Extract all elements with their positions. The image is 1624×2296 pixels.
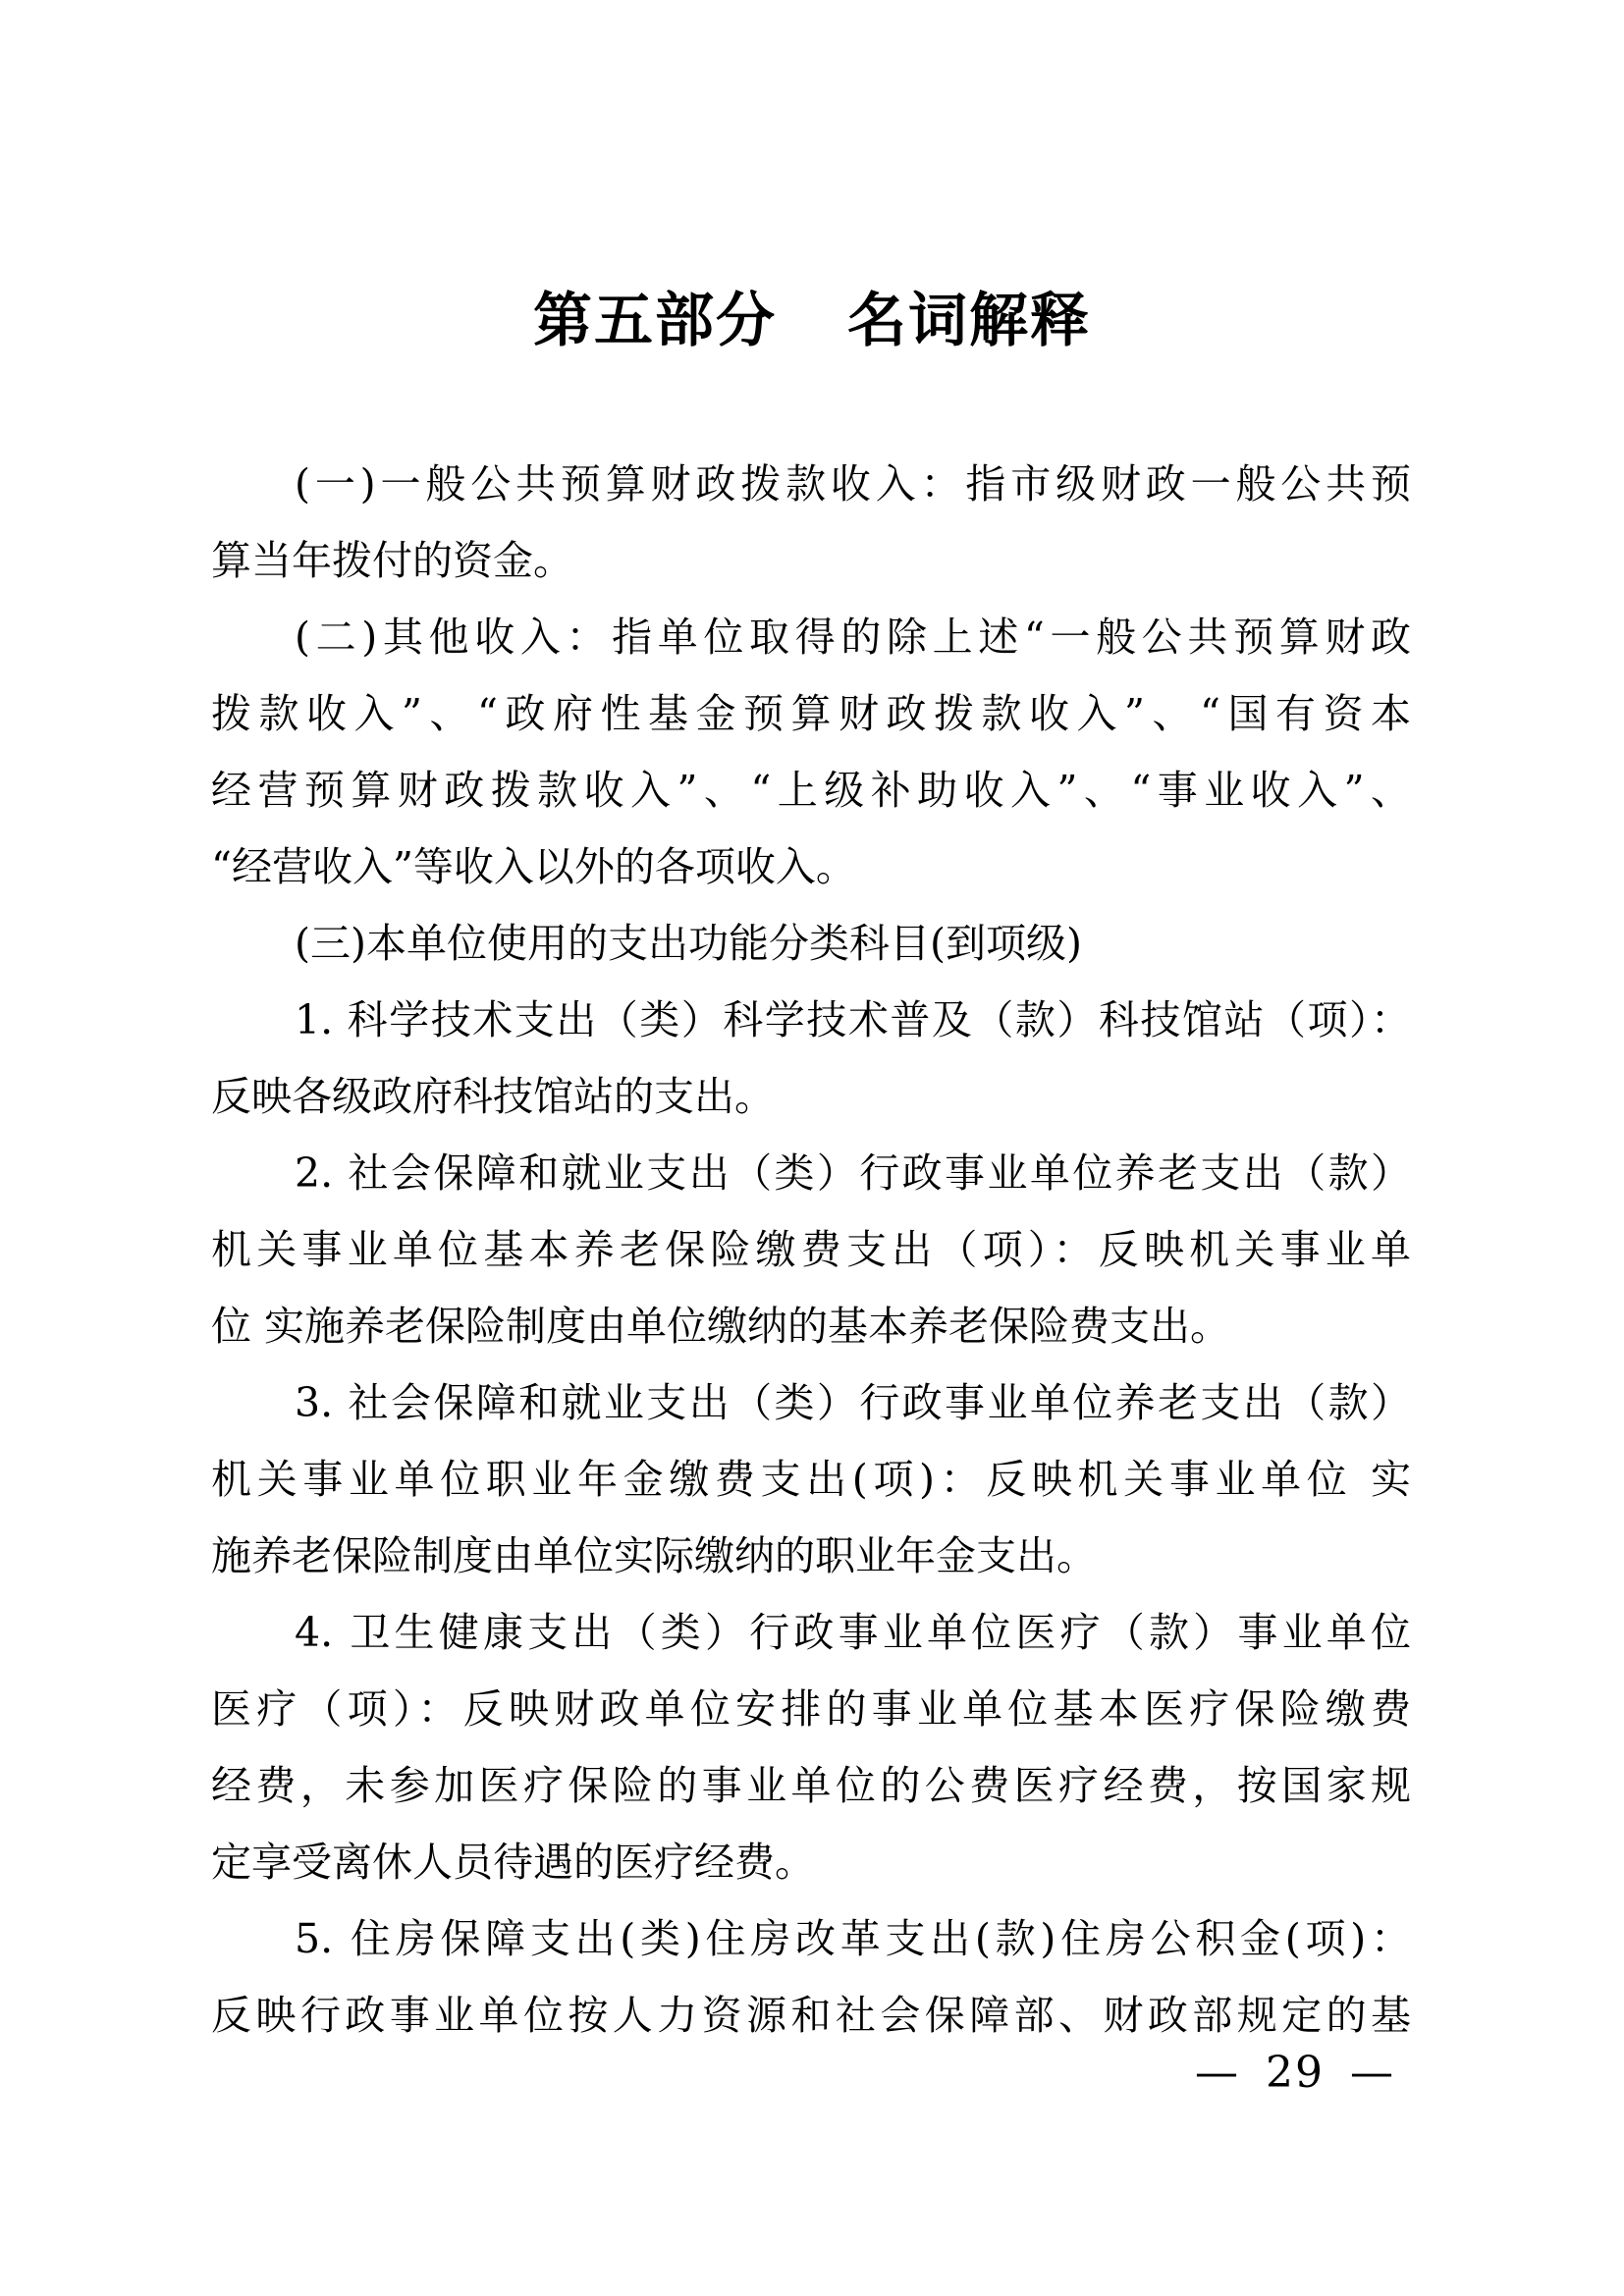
body-line: (二)其他收入：指单位取得的除上述“一般公共预算财政 [211,599,1411,675]
page-title-part1: 第五部分 [533,287,777,355]
body-line: 反映各级政府科技馆站的支出。 [211,1058,1411,1135]
page-title: 第五部分名词解释 [0,283,1624,359]
body-line: 经费，未参加医疗保险的事业单位的公费医疗经费，按国家规 [211,1747,1411,1824]
page-number-footer: — 29 — [211,2035,1411,2111]
body-line: 机关事业单位基本养老保险缴费支出（项）：反映机关事业单 [211,1211,1411,1288]
body-line: 机关事业单位职业年金缴费支出(项)：反映机关事业单位 实 [211,1441,1411,1518]
body-line: 定享受离休人员待遇的医疗经费。 [211,1824,1411,1900]
body-line: 拨款收入”、“政府性基金预算财政拨款收入”、“国有资本 [211,675,1411,752]
page-title-part2: 名词解释 [847,283,1091,359]
body-line: 4. 卫生健康支出（类）行政事业单位医疗（款）事业单位 [211,1594,1411,1671]
body-line: 2. 社会保障和就业支出（类）行政事业单位养老支出（款） [211,1135,1411,1211]
body-line: 3. 社会保障和就业支出（类）行政事业单位养老支出（款） [211,1364,1411,1441]
body-line: 施养老保险制度由单位实际缴纳的职业年金支出。 [211,1518,1411,1594]
body-line: (三)本单位使用的支出功能分类科目(到项级) [211,905,1411,982]
document-page: 第五部分名词解释 (一)一般公共预算财政拨款收入：指市级财政一般公共预 算当年拨… [0,0,1624,2296]
body-text: (一)一般公共预算财政拨款收入：指市级财政一般公共预 算当年拨付的资金。 (二)… [211,446,1411,2054]
body-line: 医疗（项）：反映财政单位安排的事业单位基本医疗保险缴费 [211,1671,1411,1747]
body-line: (一)一般公共预算财政拨款收入：指市级财政一般公共预 [211,446,1411,522]
body-line: 经营预算财政拨款收入”、“上级补助收入”、“事业收入”、 [211,752,1411,828]
body-line: 位 实施养老保险制度由单位缴纳的基本养老保险费支出。 [211,1288,1411,1364]
body-line: “经营收入”等收入以外的各项收入。 [211,828,1411,905]
page-number: — 29 — [1195,2048,1395,2098]
body-line: 1. 科学技术支出（类）科学技术普及（款）科技馆站（项）： [211,982,1411,1058]
body-line: 算当年拨付的资金。 [211,522,1411,599]
body-line: 5. 住房保障支出(类)住房改革支出(款)住房公积金(项)： [211,1900,1411,1977]
